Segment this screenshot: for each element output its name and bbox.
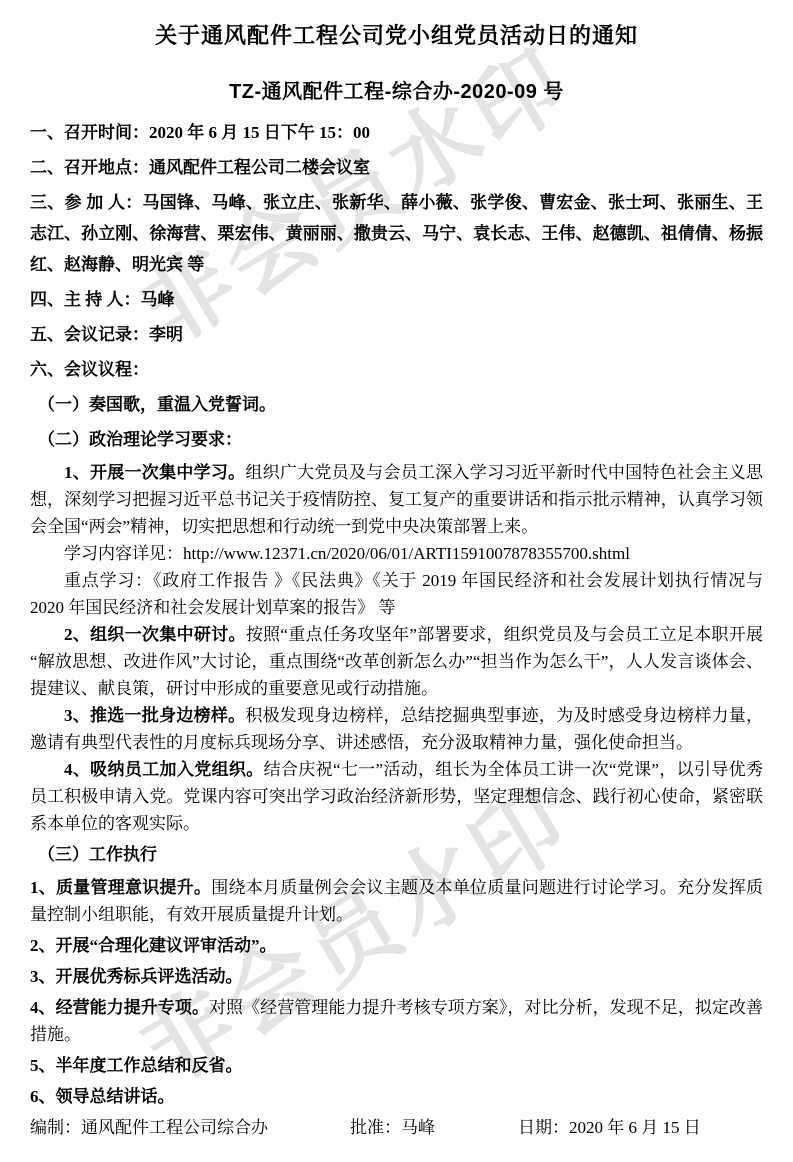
document-content: 关于通风配件工程公司党小组党员活动日的通知 TZ-通风配件工程-综合办-2020… [0, 0, 793, 1110]
meta-line-agenda-heading: 六、会议议程： [30, 354, 763, 385]
work-item-lead: 3、开展优秀标兵评选活动。 [30, 967, 243, 986]
paragraph-lead: 3、推选一批身边榜样。 [64, 706, 245, 725]
study-paragraph: 重点学习：《政府工作报告 》《民法典》《关于 2019 年国民经济和社会发展计划… [30, 567, 763, 621]
footer-date: 日期：2020 年 6 月 15 日 [518, 1113, 763, 1138]
work-item: 1、质量管理意识提升。围绕本月质量例会会议主题及本单位质量问题进行讨论学习。充分… [30, 874, 763, 928]
paragraph-text: 重点学习：《政府工作报告 》《民法典》《关于 2019 年国民经济和社会发展计划… [30, 571, 763, 617]
work-item-lead: 4、经营能力提升专项。 [30, 998, 209, 1017]
study-paragraph: 4、吸纳员工加入党组织。结合庆祝“七一”活动，组长为全体员工讲一次“党课”，以引… [30, 756, 763, 837]
work-item: 5、半年度工作总结和反省。 [30, 1052, 763, 1079]
meta-line-time: 一、召开时间：2020 年 6 月 15 日下午 15：00 [30, 117, 763, 148]
work-item-lead: 1、质量管理意识提升。 [30, 878, 211, 897]
footer-prepared-by: 编制：通风配件工程公司综合办 [30, 1113, 350, 1138]
meta-line-place: 二、召开地点：通风配件工程公司二楼会议室 [30, 152, 763, 183]
work-item-lead: 2、开展“合理化建议评审活动”。 [30, 936, 277, 955]
meta-line-host: 四、主 持 人：马峰 [30, 284, 763, 315]
paragraph-text: 学习内容详见：http://www.12371.cn/2020/06/01/AR… [64, 544, 630, 563]
paragraph-lead: 2、组织一次集中研讨。 [64, 625, 246, 644]
agenda-subheading-1: （一）奏国歌，重温入党誓词。 [30, 389, 763, 420]
study-paragraph: 2、组织一次集中研讨。按照“重点任务攻坚年”部署要求，组织党员及与会员工立足本职… [30, 621, 763, 702]
agenda-subheading-3: （三）工作执行 [30, 839, 763, 870]
work-item: 2、开展“合理化建议评审活动”。 [30, 932, 763, 959]
document-number: TZ-通风配件工程-综合办-2020-09 号 [30, 75, 763, 104]
study-paragraph: 1、开展一次集中学习。组织广大党员及与会员工深入学习习近平新时代中国特色社会主义… [30, 459, 763, 540]
paragraph-lead: 4、吸纳员工加入党组织。 [64, 760, 264, 779]
page-title: 关于通风配件工程公司党小组党员活动日的通知 [30, 22, 763, 50]
work-item-lead: 6、领导总结讲话。 [30, 1087, 175, 1106]
study-paragraph: 3、推选一批身边榜样。积极发现身边榜样，总结挖掘典型事迹，为及时感受身边榜样力量… [30, 702, 763, 756]
document-footer: 编制：通风配件工程公司综合办 批准：马峰 日期：2020 年 6 月 15 日 [30, 1113, 763, 1138]
work-item: 4、经营能力提升专项。对照《经营管理能力提升考核专项方案》，对比分析，发现不足，… [30, 994, 763, 1048]
study-paragraph: 学习内容详见：http://www.12371.cn/2020/06/01/AR… [30, 540, 763, 567]
footer-approved-by: 批准：马峰 [350, 1113, 518, 1138]
paragraph-lead: 1、开展一次集中学习。 [64, 463, 245, 482]
work-item-lead: 5、半年度工作总结和反省。 [30, 1056, 243, 1075]
work-item: 3、开展优秀标兵评选活动。 [30, 963, 763, 990]
work-item: 6、领导总结讲话。 [30, 1083, 763, 1110]
meta-line-recorder: 五、会议记录：李明 [30, 319, 763, 350]
document-page: 非会员水印 非会员水印 关于通风配件工程公司党小组党员活动日的通知 TZ-通风配… [0, 0, 793, 1162]
meta-line-attendees: 三、参 加 人：马国锋、马峰、张立庄、张新华、薛小薇、张学俊、曹宏金、张士珂、张… [30, 187, 763, 280]
agenda-subheading-2: （二）政治理论学习要求： [30, 424, 763, 455]
